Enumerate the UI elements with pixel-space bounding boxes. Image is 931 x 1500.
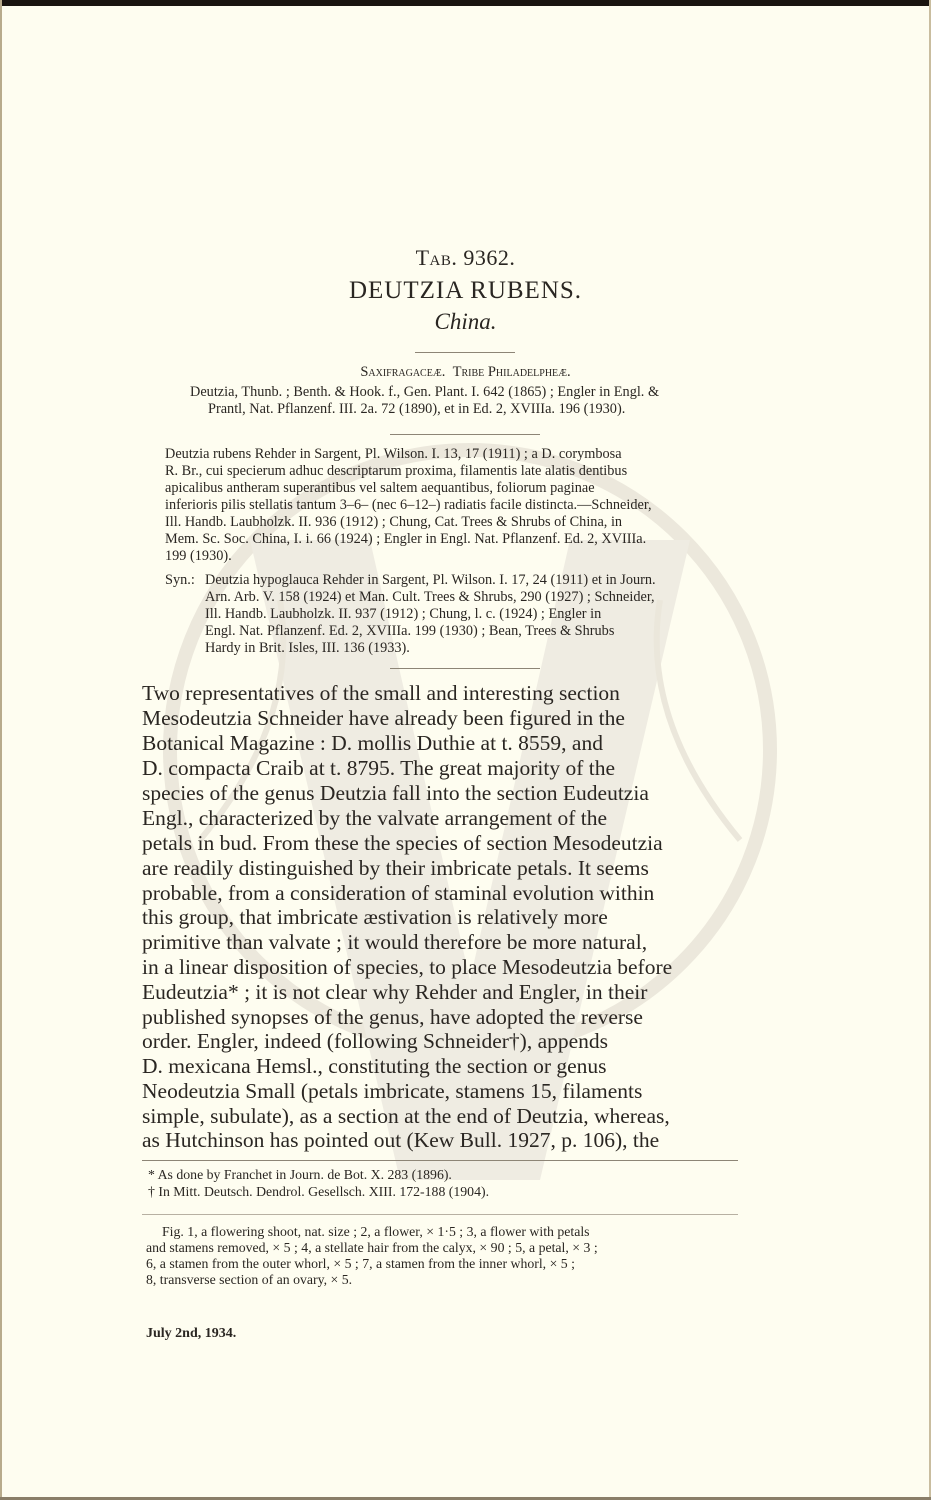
species-title: DEUTZIA RUBENS.	[0, 277, 931, 305]
synonymy-label: Syn.:	[165, 572, 195, 589]
family-line: Saxifragaceæ. Tribe Philadelpheæ.	[0, 364, 931, 381]
body-line: Botanical Magazine : D. mollis Duthie at…	[142, 731, 737, 756]
body-line: Neodeutzia Small (petals imbricate, stam…	[142, 1079, 737, 1104]
plate-number: Tab. 9362.	[0, 245, 931, 271]
body-line: Eudeutzia* ; it is not clear why Rehder …	[142, 980, 737, 1005]
body-line: Engl., characterized by the valvate arra…	[142, 806, 737, 831]
body-line: species of the genus Deutzia fall into t…	[142, 781, 737, 806]
body-line: are readily distinguished by their imbri…	[142, 856, 737, 881]
body-line: simple, subulate), as a section at the e…	[142, 1104, 737, 1129]
figure-caption-line: 8, transverse section of an ovary, × 5.	[146, 1272, 740, 1288]
divider	[390, 434, 540, 435]
scan-top-border	[0, 0, 931, 6]
diagnosis-line: 199 (1930).	[165, 548, 765, 565]
footnote-divider	[142, 1160, 738, 1161]
body-line: probable, from a consideration of stamin…	[142, 881, 737, 906]
body-line: this group, that imbricate æstivation is…	[142, 905, 737, 930]
divider	[390, 668, 540, 669]
synonymy-line: Engl. Nat. Pflanzenf. Ed. 2, XVIIIa. 199…	[205, 623, 765, 640]
body-line: as Hutchinson has pointed out (Kew Bull.…	[142, 1128, 737, 1153]
body-line: D. mexicana Hemsl., constituting the sec…	[142, 1054, 737, 1079]
diagnosis-line: Ill. Handb. Laubholzk. II. 936 (1912) ; …	[165, 514, 765, 531]
diagnosis-line: inferioris pilis stellatis tantum 3–6– (…	[165, 497, 765, 514]
synonymy-line: Deutzia hypoglauca Rehder in Sargent, Pl…	[205, 572, 765, 589]
body-line: D. compacta Craib at t. 8795. The great …	[142, 756, 737, 781]
divider	[142, 1214, 738, 1215]
publication-date: July 2nd, 1934.	[146, 1326, 236, 1342]
diagnosis-line: Deutzia rubens Rehder in Sargent, Pl. Wi…	[165, 446, 765, 463]
body-line: Two representatives of the small and int…	[142, 681, 737, 706]
synonymy-line: Arn. Arb. V. 158 (1924) et Man. Cult. Tr…	[205, 589, 765, 606]
divider	[415, 352, 515, 353]
figure-caption-line: 6, a stamen from the outer whorl, × 5 ; …	[146, 1256, 740, 1272]
synonymy-line: Hardy in Brit. Isles, III. 136 (1933).	[205, 640, 765, 657]
diagnosis-line: Mem. Sc. Soc. China, I. i. 66 (1924) ; E…	[165, 531, 765, 548]
genus-reference-line-2: Prantl, Nat. Pflanzenf. III. 2a. 72 (189…	[208, 401, 625, 418]
body-line: in a linear disposition of species, to p…	[142, 955, 737, 980]
synonymy-line: Ill. Handb. Laubholzk. II. 937 (1912) ; …	[205, 606, 765, 623]
genus-reference-line-1: Deutzia, Thunb. ; Benth. & Hook. f., Gen…	[190, 384, 659, 401]
body-line: order. Engler, indeed (following Schneid…	[142, 1029, 737, 1054]
diagnosis-line: apicalibus antheram superantibus vel sal…	[165, 480, 765, 497]
body-line: Mesodeutzia Schneider have already been …	[142, 706, 737, 731]
body-line: petals in bud. From these the species of…	[142, 831, 737, 856]
scan-left-edge	[0, 0, 2, 1500]
figure-caption-line: Fig. 1, a flowering shoot, nat. size ; 2…	[162, 1224, 756, 1240]
footnote: † In Mitt. Deutsch. Dendrol. Gesellsch. …	[148, 1184, 489, 1200]
country-label: China.	[0, 309, 931, 335]
footnote: * As done by Franchet in Journ. de Bot. …	[148, 1167, 452, 1183]
body-line: published synopses of the genus, have ad…	[142, 1005, 737, 1030]
figure-caption-line: and stamens removed, × 5 ; 4, a stellate…	[146, 1240, 740, 1256]
body-line: primitive than valvate ; it would theref…	[142, 930, 737, 955]
diagnosis-line: R. Br., cui specierum adhuc descriptarum…	[165, 463, 765, 480]
